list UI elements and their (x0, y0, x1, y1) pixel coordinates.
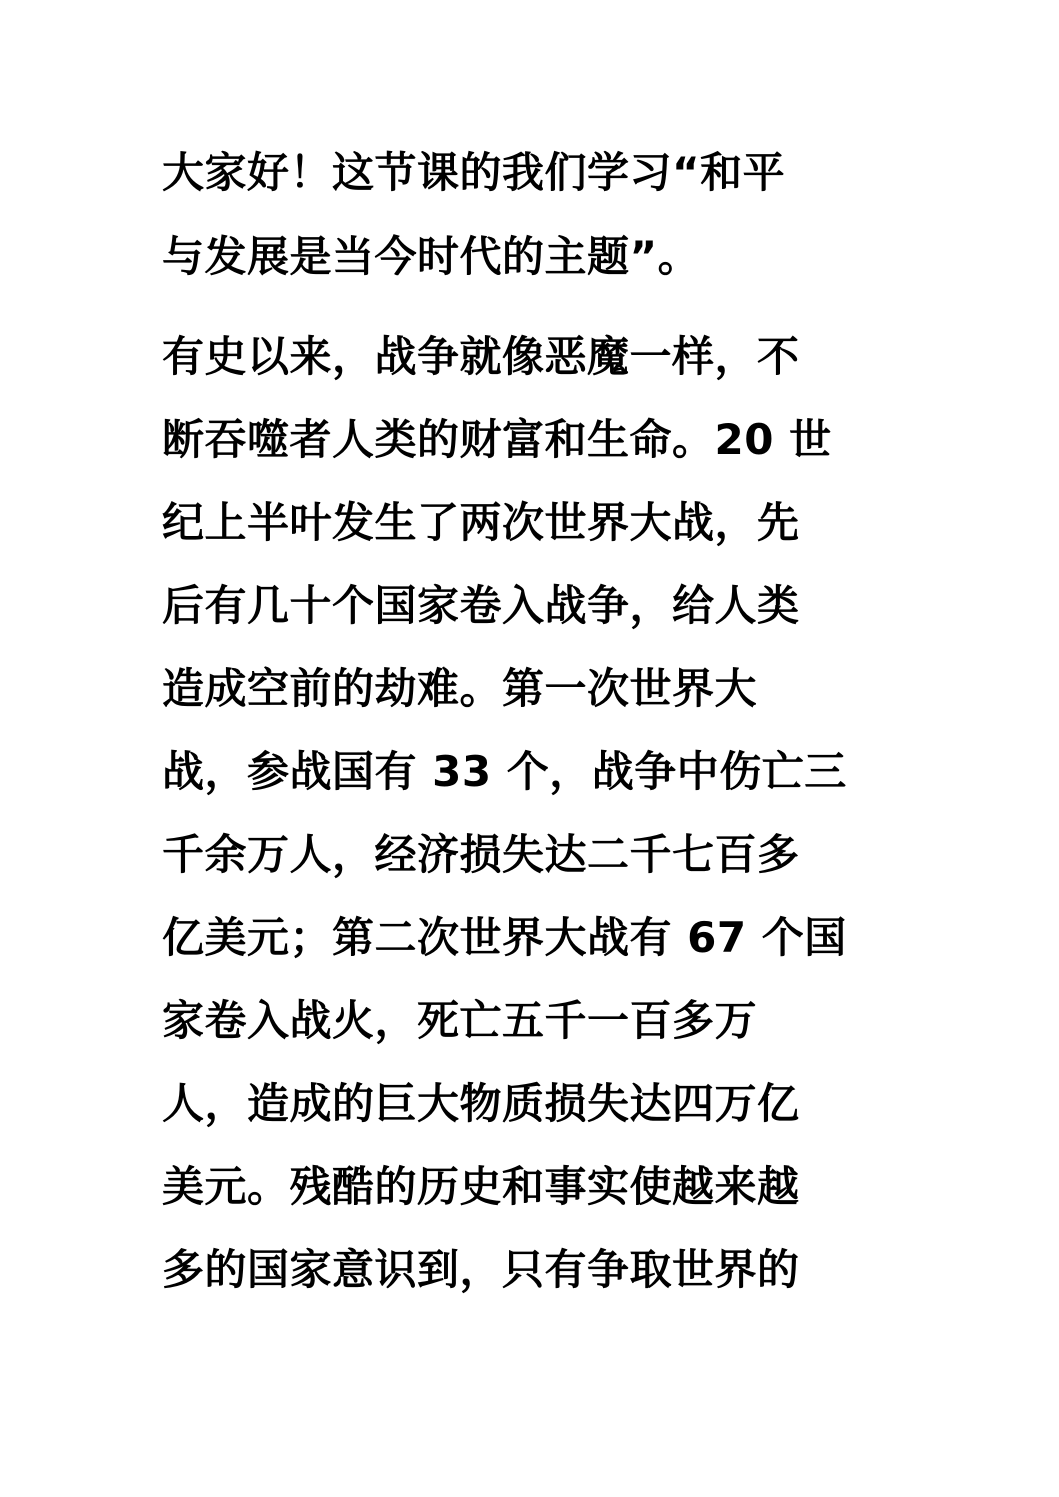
text-line: 后有几十个国家卷入战争，给人类 (162, 581, 800, 631)
text-line: 大家好！这节课的我们学习“和平 (162, 148, 785, 198)
text-line: 家卷入战火，死亡五千一百多万 (162, 996, 757, 1046)
text-line: 战，参战国有 33 个，战争中伤亡三 (162, 747, 847, 797)
text-line: 千余万人，经济损失达二千七百多 (162, 830, 800, 880)
text-line: 亿美元；第二次世界大战有 67 个国 (162, 913, 847, 963)
text-line: 断吞噬者人类的财富和生命。20 世 (162, 415, 832, 465)
document-page: 大家好！这节课的我们学习“和平 与发展是当今时代的主题”。 有史以来，战争就像恶… (0, 0, 1059, 1497)
text-line: 与发展是当今时代的主题”。 (162, 232, 700, 282)
text-line: 有史以来，战争就像恶魔一样，不 (162, 332, 800, 382)
text-line: 多的国家意识到，只有争取世界的 (162, 1245, 800, 1295)
text-line: 纪上半叶发生了两次世界大战，先 (162, 498, 800, 548)
text-line: 人，造成的巨大物质损失达四万亿 (162, 1079, 800, 1129)
text-line: 造成空前的劫难。第一次世界大 (162, 664, 757, 714)
text-line: 美元。残酷的历史和事实使越来越 (162, 1162, 800, 1212)
